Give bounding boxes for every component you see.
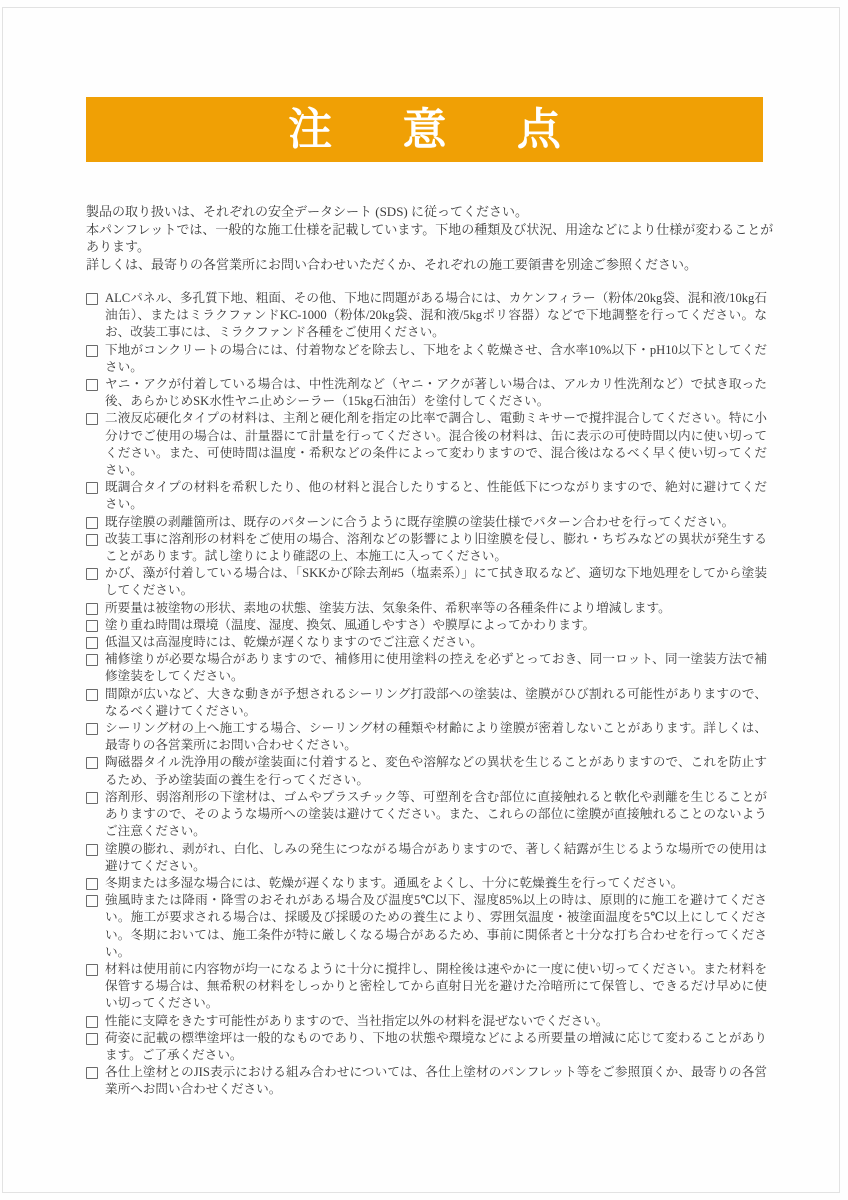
caution-item: 陶磁器タイル洗浄用の酸が塗装面に付着すると、変色や溶解などの異状を生じることがあ… [86, 754, 767, 788]
caution-item-text: 各仕上塗材とのJIS表示における組み合わせについては、各仕上塗材のパンフレット等… [105, 1064, 767, 1098]
caution-item: 下地がコンクリートの場合には、付着物などを除去し、下地をよく乾燥させ、含水率10… [86, 342, 767, 376]
intro-paragraph: 製品の取り扱いは、それぞれの安全データシート (SDS) に従ってください。 本… [86, 203, 776, 273]
checkbox-icon [86, 637, 98, 649]
checkbox-icon [86, 964, 98, 976]
caution-item: 間隙が広いなど、大きな動きが予想されるシーリング打設部への塗装は、塗膜がひび割れ… [86, 686, 767, 720]
caution-item-text: 溶剤形、弱溶剤形の下塗材は、ゴムやプラスチック等、可塑剤を含む部位に直接触れると… [105, 789, 767, 841]
checkbox-icon [86, 482, 98, 494]
caution-item: 塗り重ね時間は環境（温度、湿度、換気、風通しやすさ）や膜厚によってかわります。 [86, 617, 767, 634]
caution-item-text: 所要量は被塗物の形状、素地の状態、塗装方法、気象条件、希釈率等の各種条件により増… [105, 600, 767, 617]
checkbox-icon [86, 792, 98, 804]
checkbox-icon [86, 878, 98, 890]
caution-item-text: 改装工事に溶剤形の材料をご使用の場合、溶剤などの影響により旧塗膜を侵し、膨れ・ち… [105, 531, 767, 565]
caution-item-text: 材料は使用前に内容物が均一になるように十分に撹拌し、開栓後は速やかに一度に使い切… [105, 961, 767, 1013]
intro-line: 本パンフレットでは、一般的な施工仕様を記載しています。下地の種類及び状況、用途な… [86, 221, 776, 256]
checkbox-icon [86, 603, 98, 615]
caution-list: ALCパネル、多孔質下地、粗面、その他、下地に問題がある場合には、カケンフィラー… [86, 290, 767, 1099]
caution-item-text: かび、藻が付着している場合は、「SKKかび除去剤#5（塩素系）」にて拭き取るなど… [105, 565, 767, 599]
caution-item: 材料は使用前に内容物が均一になるように十分に撹拌し、開栓後は速やかに一度に使い切… [86, 961, 767, 1013]
caution-item: ヤニ・アクが付着している場合は、中性洗剤など（ヤニ・アクが著しい場合は、アルカリ… [86, 376, 767, 410]
checkbox-icon [86, 654, 98, 666]
intro-line: 詳しくは、最寄りの各営業所にお問い合わせいただくか、それぞれの施工要領書を別途ご… [86, 256, 776, 274]
checkbox-icon [86, 534, 98, 546]
checkbox-icon [86, 689, 98, 701]
caution-item-text: 冬期または多湿な場合には、乾燥が遅くなります。通風をよくし、十分に乾燥養生を行っ… [105, 875, 767, 892]
checkbox-icon [86, 723, 98, 735]
checkbox-icon [86, 379, 98, 391]
checkbox-icon [86, 1016, 98, 1028]
caution-item-text: 補修塗りが必要な場合がありますので、補修用に使用塗料の控えを必ずとっておき、同一… [105, 651, 767, 685]
caution-item-text: 性能に支障をきたす可能性がありますので、当社指定以外の材料を混ぜないでください。 [105, 1013, 767, 1030]
caution-item: 補修塗りが必要な場合がありますので、補修用に使用塗料の控えを必ずとっておき、同一… [86, 651, 767, 685]
caution-item: 低温又は高湿度時には、乾燥が遅くなりますのでご注意ください。 [86, 634, 767, 651]
caution-item-text: 塗り重ね時間は環境（温度、湿度、換気、風通しやすさ）や膜厚によってかわります。 [105, 617, 767, 634]
checkbox-icon [86, 568, 98, 580]
caution-item-text: シーリング材の上へ施工する場合、シーリング材の種類や材齢により塗膜が密着しないこ… [105, 720, 767, 754]
checkbox-icon [86, 293, 98, 305]
caution-item: 性能に支障をきたす可能性がありますので、当社指定以外の材料を混ぜないでください。 [86, 1013, 767, 1030]
caution-item: シーリング材の上へ施工する場合、シーリング材の種類や材齢により塗膜が密着しないこ… [86, 720, 767, 754]
caution-item-text: 陶磁器タイル洗浄用の酸が塗装面に付着すると、変色や溶解などの異状を生じることがあ… [105, 754, 767, 788]
checkbox-icon [86, 413, 98, 425]
caution-item: 荷姿に記載の標準塗坪は一般的なものであり、下地の状態や環境などによる所要量の増減… [86, 1030, 767, 1064]
caution-item: 強風時または降雨・降雪のおそれがある場合及び温度5℃以下、湿度85%以上の時は、… [86, 892, 767, 961]
caution-item: 所要量は被塗物の形状、素地の状態、塗装方法、気象条件、希釈率等の各種条件により増… [86, 600, 767, 617]
checkbox-icon [86, 1067, 98, 1079]
caution-item-text: 間隙が広いなど、大きな動きが予想されるシーリング打設部への塗装は、塗膜がひび割れ… [105, 686, 767, 720]
checkbox-icon [86, 620, 98, 632]
caution-item-text: ALCパネル、多孔質下地、粗面、その他、下地に問題がある場合には、カケンフィラー… [105, 290, 767, 342]
document-page: 注意点 製品の取り扱いは、それぞれの安全データシート (SDS) に従ってくださ… [0, 0, 848, 1200]
caution-item-text: 塗膜の膨れ、剥がれ、白化、しみの発生につながる場合がありますので、著しく結露が生… [105, 841, 767, 875]
caution-item-text: 二液反応硬化タイプの材料は、主剤と硬化剤を指定の比率で調合し、電動ミキサーで撹拌… [105, 410, 767, 479]
checkbox-icon [86, 895, 98, 907]
caution-item: 溶剤形、弱溶剤形の下塗材は、ゴムやプラスチック等、可塑剤を含む部位に直接触れると… [86, 789, 767, 841]
page-title: 注意点 [218, 108, 632, 152]
caution-item-text: 荷姿に記載の標準塗坪は一般的なものであり、下地の状態や環境などによる所要量の増減… [105, 1030, 767, 1064]
caution-item-text: 低温又は高湿度時には、乾燥が遅くなりますのでご注意ください。 [105, 634, 767, 651]
caution-item: 各仕上塗材とのJIS表示における組み合わせについては、各仕上塗材のパンフレット等… [86, 1064, 767, 1098]
caution-item: 既存塗膜の剥離箇所は、既存のパターンに合うように既存塗膜の塗装仕様でパターン合わ… [86, 514, 767, 531]
caution-item-text: 下地がコンクリートの場合には、付着物などを除去し、下地をよく乾燥させ、含水率10… [105, 342, 767, 376]
checkbox-icon [86, 517, 98, 529]
caution-item: 二液反応硬化タイプの材料は、主剤と硬化剤を指定の比率で調合し、電動ミキサーで撹拌… [86, 410, 767, 479]
caution-item: 塗膜の膨れ、剥がれ、白化、しみの発生につながる場合がありますので、著しく結露が生… [86, 841, 767, 875]
checkbox-icon [86, 757, 98, 769]
checkbox-icon [86, 345, 98, 357]
checkbox-icon [86, 1033, 98, 1045]
caution-item: ALCパネル、多孔質下地、粗面、その他、下地に問題がある場合には、カケンフィラー… [86, 290, 767, 342]
caution-item-text: 既調合タイプの材料を希釈したり、他の材料と混合したりすると、性能低下につながりま… [105, 479, 767, 513]
caution-item-text: ヤニ・アクが付着している場合は、中性洗剤など（ヤニ・アクが著しい場合は、アルカリ… [105, 376, 767, 410]
caution-item: かび、藻が付着している場合は、「SKKかび除去剤#5（塩素系）」にて拭き取るなど… [86, 565, 767, 599]
caution-item: 改装工事に溶剤形の材料をご使用の場合、溶剤などの影響により旧塗膜を侵し、膨れ・ち… [86, 531, 767, 565]
caution-item-text: 強風時または降雨・降雪のおそれがある場合及び温度5℃以下、湿度85%以上の時は、… [105, 892, 767, 961]
caution-item: 冬期または多湿な場合には、乾燥が遅くなります。通風をよくし、十分に乾燥養生を行っ… [86, 875, 767, 892]
caution-item-text: 既存塗膜の剥離箇所は、既存のパターンに合うように既存塗膜の塗装仕様でパターン合わ… [105, 514, 767, 531]
checkbox-icon [86, 844, 98, 856]
caution-item: 既調合タイプの材料を希釈したり、他の材料と混合したりすると、性能低下につながりま… [86, 479, 767, 513]
intro-line: 製品の取り扱いは、それぞれの安全データシート (SDS) に従ってください。 [86, 203, 776, 221]
title-band: 注意点 [86, 97, 763, 162]
